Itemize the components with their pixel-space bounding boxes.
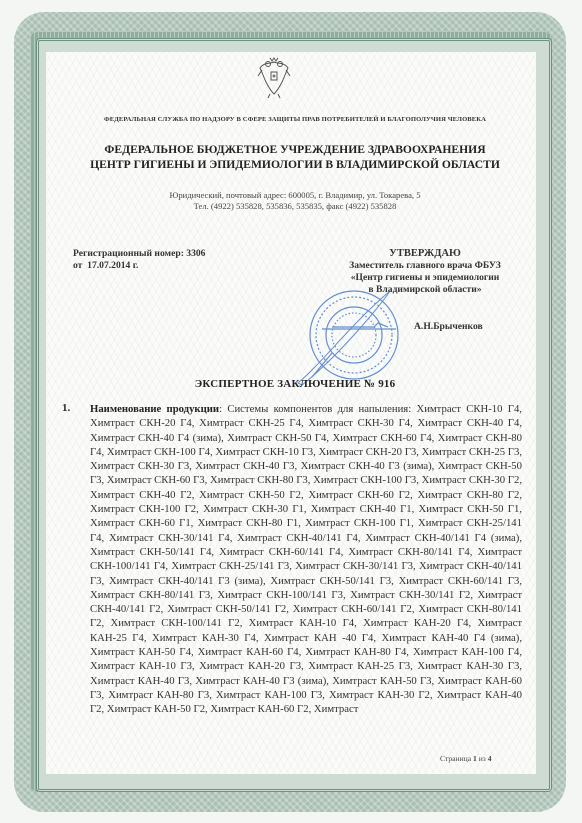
phone-line: Тел. (4922) 535828, 535836, 535835, факс… xyxy=(60,201,530,212)
registration-number: Регистрационный номер: 3306 xyxy=(73,248,205,260)
signer-name: А.Н.Брыченков xyxy=(414,321,483,332)
organization-name-line2: ЦЕНТР ГИГИЕНЫ И ЭПИДЕМИОЛОГИИ В ВЛАДИМИР… xyxy=(60,157,530,172)
round-seal-stamp-icon xyxy=(292,283,410,388)
organization-name-line1: ФЕДЕРАЛЬНОЕ БЮДЖЕТНОЕ УЧРЕЖДЕНИЕ ЗДРАВОО… xyxy=(60,142,530,157)
item-number: 1. xyxy=(62,402,70,414)
approval-line: «Центр гигиены и эпидемиологии xyxy=(300,272,550,284)
double-headed-eagle-icon xyxy=(256,56,292,100)
list-item: 1. Наименование продукции: Системы компо… xyxy=(76,402,522,717)
item-text: Наименование продукции: Системы компонен… xyxy=(90,402,522,717)
page-indicator: Страница 1 из 4 xyxy=(440,754,491,763)
organization-name: ФЕДЕРАЛЬНОЕ БЮДЖЕТНОЕ УЧРЕЖДЕНИЕ ЗДРАВОО… xyxy=(60,142,530,172)
registration-date: от 17.07.2014 г. xyxy=(73,260,205,272)
document-title: ЭКСПЕРТНОЕ ЗАКЛЮЧЕНИЕ № 916 xyxy=(60,378,530,390)
approval-line: в Владимирской области» xyxy=(300,284,550,296)
approval-line: Заместитель главного врача ФБУЗ xyxy=(300,260,550,272)
approval-title: УТВЕРЖДАЮ xyxy=(300,248,550,260)
page-prefix: Страница xyxy=(440,754,473,763)
address-line: Юридический, почтовый адрес: 600005, г. … xyxy=(60,190,530,201)
agency-name: ФЕДЕРАЛЬНАЯ СЛУЖБА ПО НАДЗОРУ В СФЕРЕ ЗА… xyxy=(60,116,530,123)
item-label: Наименование продукции xyxy=(90,403,219,415)
item-body: : Системы компонентов для напыления: Хим… xyxy=(90,403,522,715)
approval-block: УТВЕРЖДАЮ Заместитель главного врача ФБУ… xyxy=(300,248,550,296)
page-total: 4 xyxy=(488,754,492,763)
registration-block: Регистрационный номер: 3306 от 17.07.201… xyxy=(73,248,205,272)
page-separator: из xyxy=(477,754,488,763)
organization-address: Юридический, почтовый адрес: 600005, г. … xyxy=(60,190,530,212)
